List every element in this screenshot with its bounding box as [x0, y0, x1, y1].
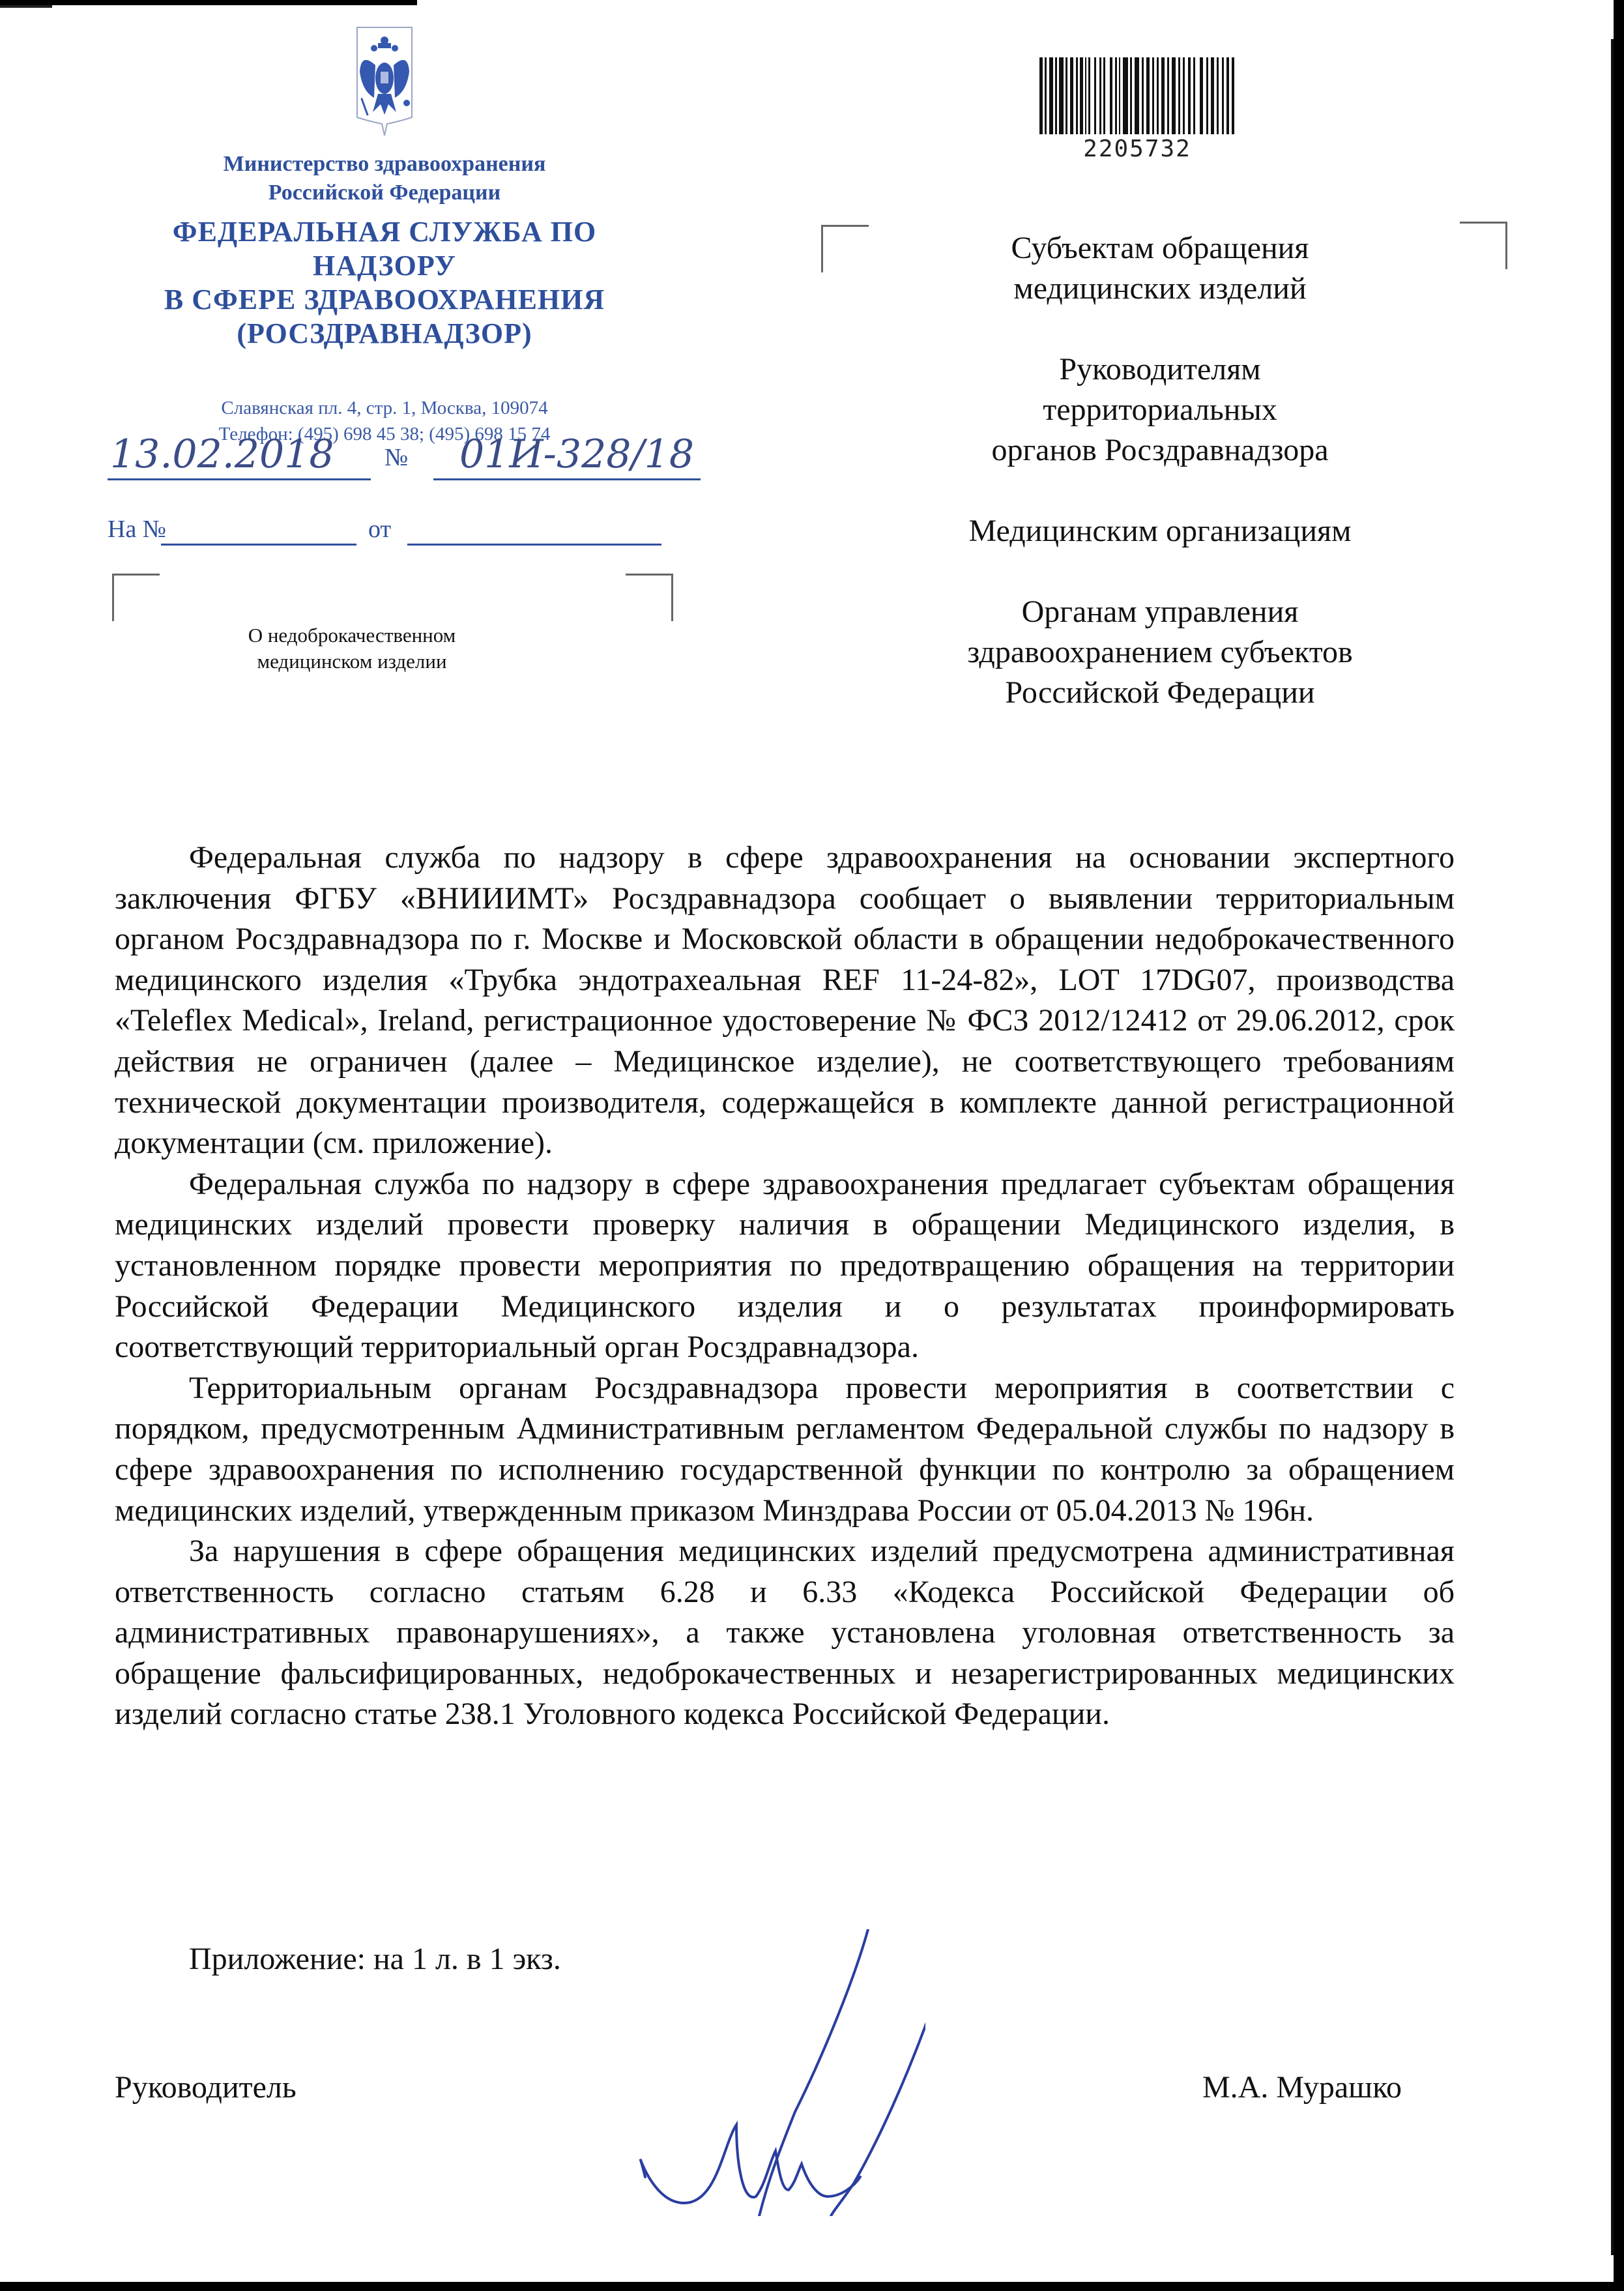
- service-name: ФЕДЕРАЛЬНАЯ СЛУЖБА ПО НАДЗОРУ В СФЕРЕ ЗД…: [98, 215, 671, 351]
- subject: О недоброкачественном медицинском издели…: [215, 622, 489, 675]
- recipients-corner-top-left: [821, 225, 869, 272]
- barcode-number: 2205732: [1039, 136, 1235, 162]
- recipient-group: Руководителям территориальных органов Ро…: [899, 349, 1421, 471]
- body-paragraph: Федеральная служба по надзору в сфере зд…: [115, 838, 1455, 1164]
- ministry-name: Министерство здравоохранения Российской …: [98, 150, 671, 207]
- barcode-icon: [1039, 57, 1235, 134]
- recipient-line: Субъектам обращения: [899, 228, 1421, 269]
- recipient-group: Медицинским организациям: [899, 511, 1421, 551]
- letter-body: Федеральная служба по надзору в сфере зд…: [115, 838, 1455, 1735]
- reply-date-blank: [407, 544, 661, 546]
- handwritten-signature-icon: [626, 1929, 925, 2216]
- signatory-role: Руководитель: [115, 2069, 297, 2105]
- scan-edge-bottom: [0, 2282, 1624, 2291]
- recipient-line: здравоохранением субъектов: [899, 632, 1421, 673]
- recipient-line: Руководителям: [899, 349, 1421, 390]
- subject-corner-top-right: [626, 574, 673, 621]
- recipients-block: Субъектам обращения медицинских изделий …: [899, 228, 1421, 753]
- letterhead: Министерство здравоохранения Российской …: [98, 26, 671, 447]
- recipient-line: медицинских изделий: [899, 269, 1421, 309]
- number-label: №: [384, 443, 408, 472]
- recipients-corner-top-right: [1460, 222, 1507, 269]
- recipient-line: Медицинским организациям: [899, 511, 1421, 551]
- subject-line-1: О недоброкачественном: [215, 622, 489, 649]
- reply-reference-line: На № от: [108, 515, 674, 547]
- coat-of-arms-icon: [355, 26, 414, 136]
- recipient-line: территориальных: [899, 390, 1421, 430]
- body-paragraph: Федеральная служба по надзору в сфере зд…: [115, 1164, 1455, 1368]
- address: Славянская пл. 4, стр. 1, Москва, 109074: [98, 395, 671, 421]
- registration-line: 13.02.2018 № 01И-328/18: [108, 430, 674, 482]
- signatory-name: М.А. Мурашко: [1202, 2069, 1402, 2105]
- ministry-line-2: Российской Федерации: [98, 179, 671, 207]
- recipient-group: Органам управления здравоохранением субъ…: [899, 592, 1421, 713]
- scan-edge-top-shadow: [0, 5, 52, 8]
- service-line-1: ФЕДЕРАЛЬНАЯ СЛУЖБА ПО НАДЗОРУ: [98, 215, 671, 283]
- ministry-line-1: Министерство здравоохранения: [98, 150, 671, 179]
- scan-edge-right-shadow: [1611, 39, 1614, 2255]
- subject-corner-top-left: [112, 574, 160, 621]
- reply-number-blank: [161, 544, 356, 546]
- body-paragraph: Территориальным органам Росздравнадзора …: [115, 1368, 1455, 1531]
- recipient-line: Органам управления: [899, 592, 1421, 632]
- body-paragraph: За нарушения в сфере обращения медицинск…: [115, 1531, 1455, 1735]
- attachment-note: Приложение: на 1 л. в 1 экз.: [189, 1939, 561, 1979]
- recipient-line: органов Росздравнадзора: [899, 430, 1421, 471]
- recipient-line: Российской Федерации: [899, 673, 1421, 713]
- registration-number: 01И-328/18: [433, 430, 701, 480]
- registration-date: 13.02.2018: [108, 430, 371, 480]
- reply-date-label: от: [368, 515, 391, 544]
- scan-edge-right: [1614, 0, 1624, 2291]
- recipient-group: Субъектам обращения медицинских изделий: [899, 228, 1421, 309]
- service-line-3: (РОСЗДРАВНАДЗОР): [98, 317, 671, 351]
- subject-line-2: медицинском изделии: [215, 649, 489, 675]
- scan-edge-top: [0, 0, 417, 5]
- reply-number-label: На №: [108, 515, 166, 544]
- service-line-2: В СФЕРЕ ЗДРАВООХРАНЕНИЯ: [98, 283, 671, 317]
